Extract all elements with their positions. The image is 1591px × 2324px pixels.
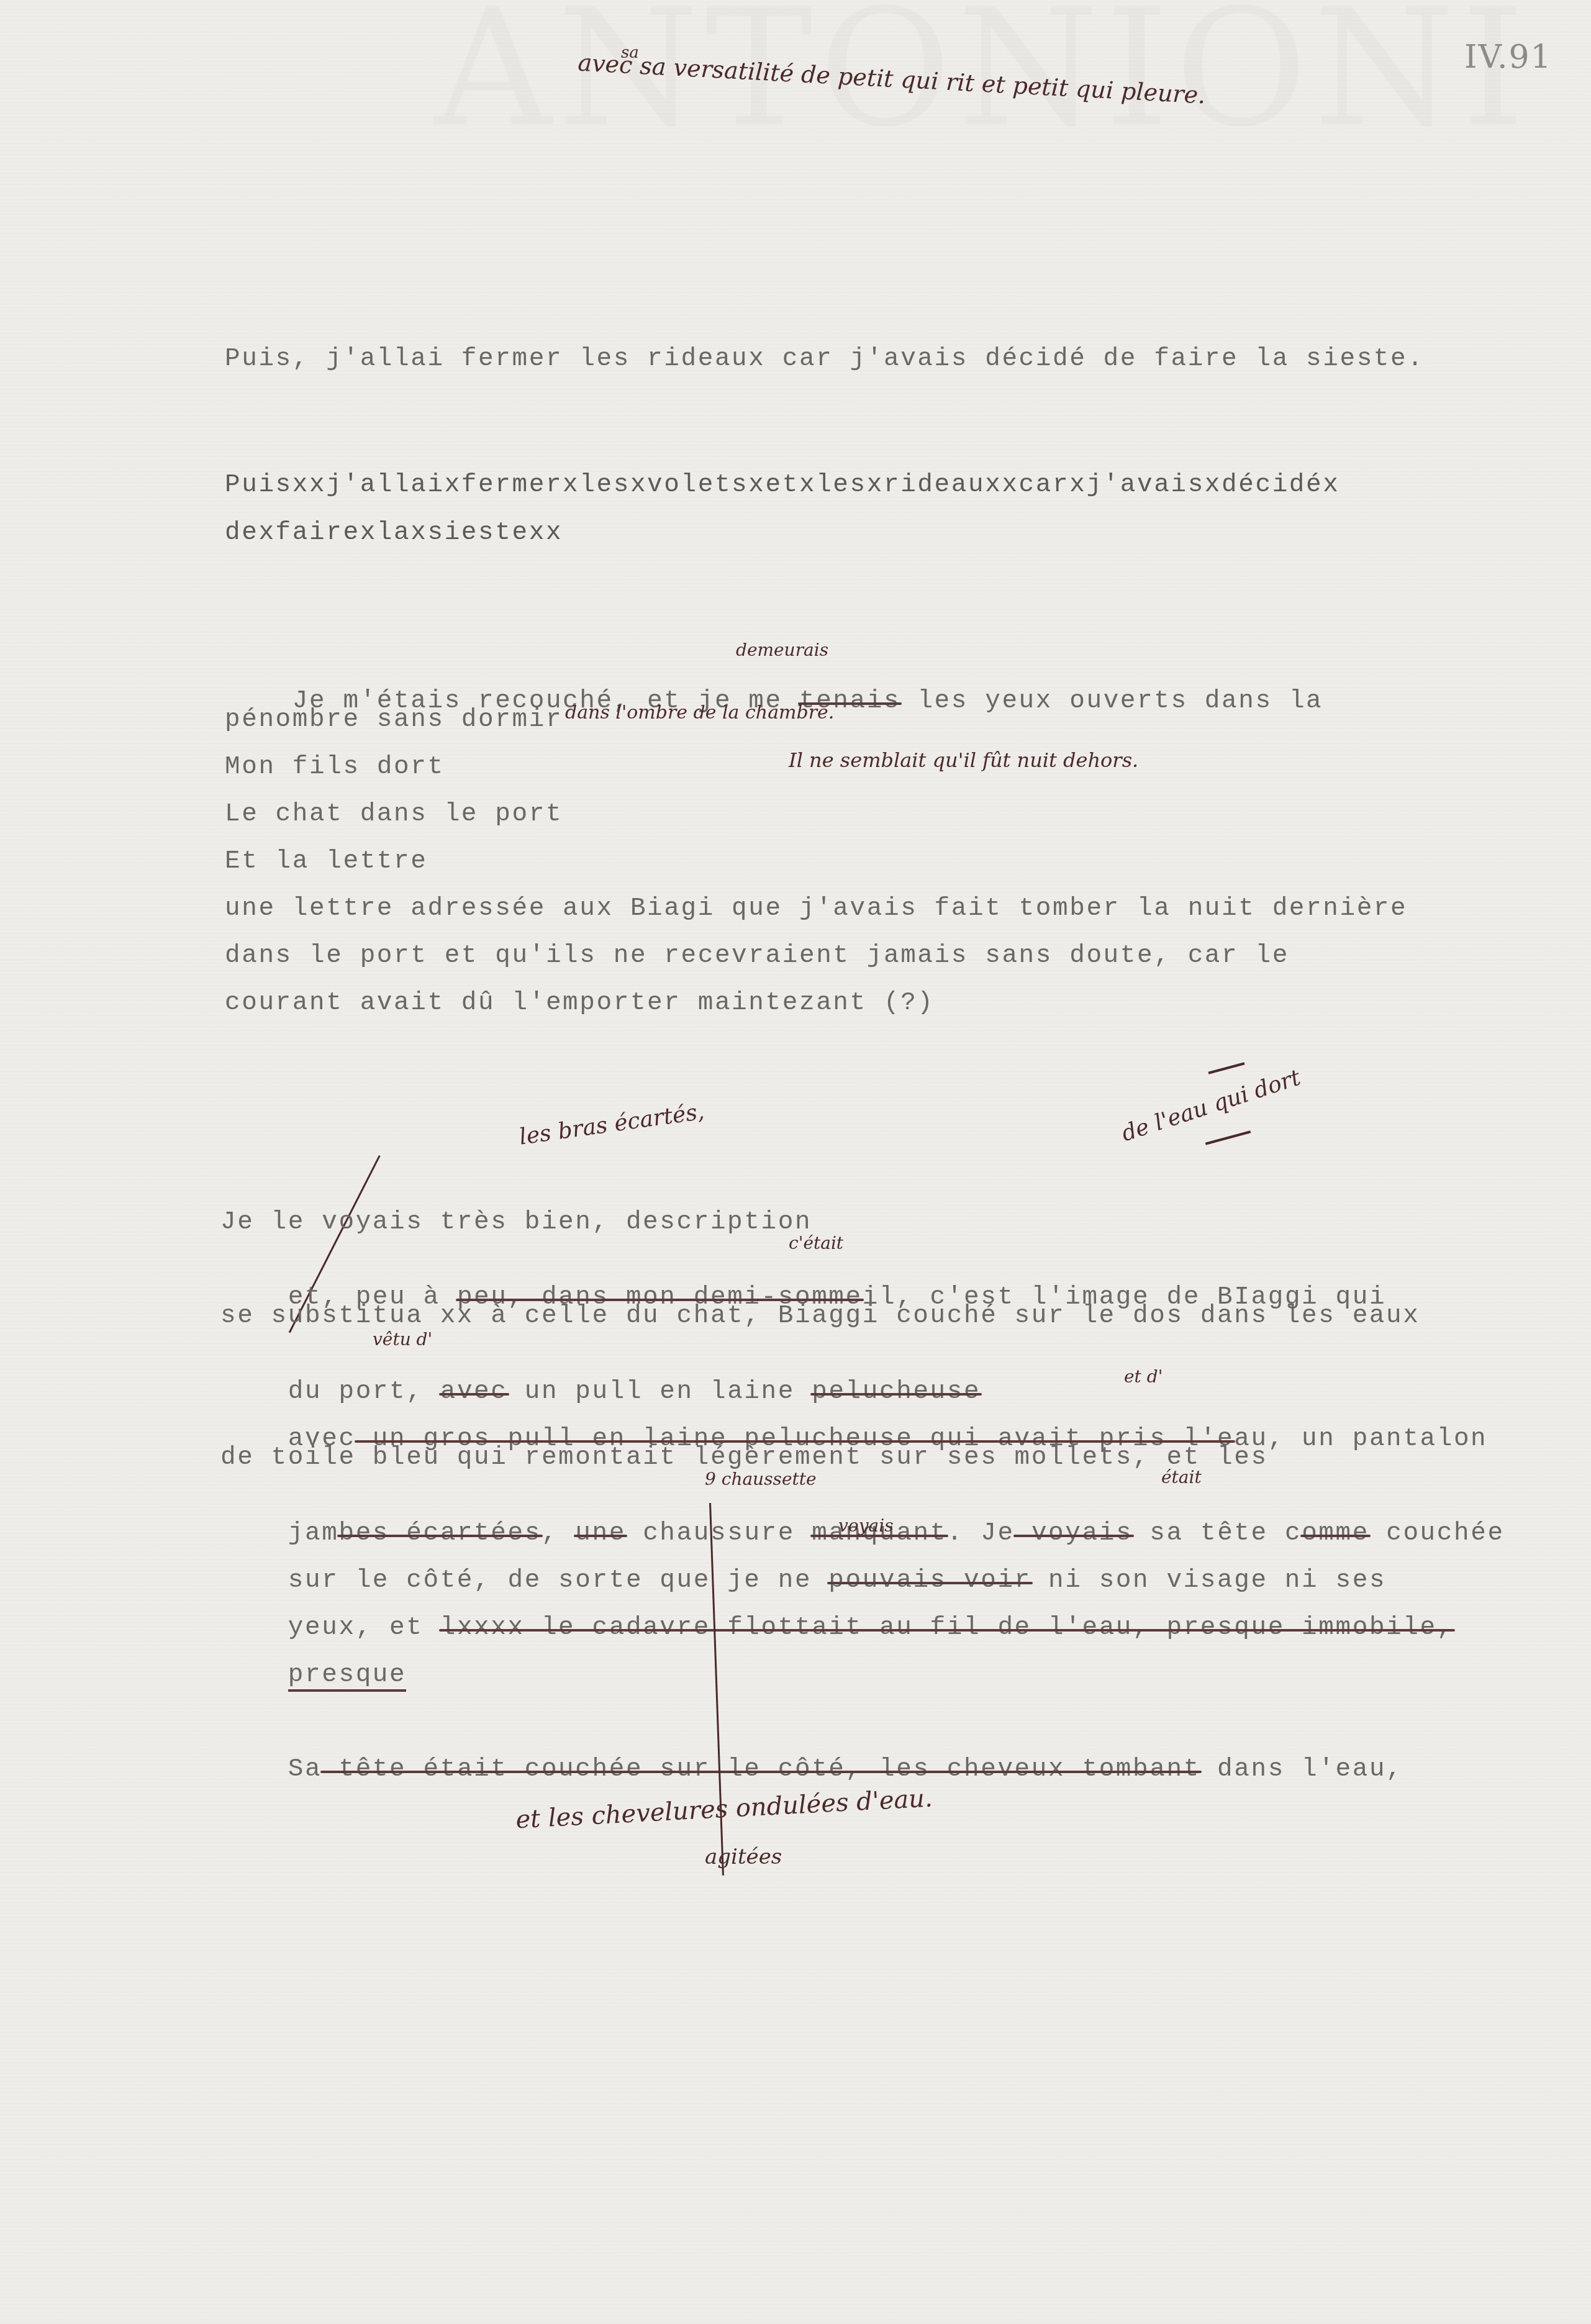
para3-line-10: presque [220, 1632, 406, 1718]
para2-line-3: Mon fils dort [225, 753, 445, 781]
para2-line-2: pénombre sans dormir [225, 706, 563, 734]
margin-note-eau-qui-dort: de l'eau qui dort [1118, 1065, 1303, 1147]
crossed-out-typed-line-1: Puisxxj'allaixfermerxlesxvoletsxetxlesxr… [225, 471, 1339, 499]
para2-line-5: Et la lettre [225, 847, 427, 876]
para2-line-6: une lettre adressée aux Biagi que j'avai… [225, 894, 1407, 923]
bracket-bottom [1205, 1130, 1251, 1145]
para2-line-7: dans le port et qu'ils ne recevraient ja… [225, 942, 1289, 970]
para2-line-8: courant avait dû l'emporter maintezant (… [225, 989, 935, 1017]
note-nuit-dehors: Il ne semblait qu'il fût nuit dehors. [789, 748, 1138, 772]
insert-vetu: vêtu d' [373, 1329, 432, 1350]
top-note-insert: sa [621, 43, 639, 62]
note-ombre-chambre: dans l'ombre de la chambre. [565, 702, 834, 724]
para3-line-6: de toile bleu qui remontait légèrement s… [220, 1443, 1268, 1472]
manuscript-page: ANTONIONI IV.91 avec sa versatilité de p… [0, 0, 1591, 2324]
typed-line-1: Puis, j'allai fermer les rideaux car j'a… [225, 345, 1424, 373]
insert-demeurais: demeurais [736, 640, 828, 660]
folio-number: IV.91 [1464, 39, 1552, 76]
para3-line-1: Je le voyais très bien, description [220, 1208, 812, 1237]
insert-et-de: et d' [1124, 1366, 1163, 1387]
insert-cetait: c'était [789, 1233, 843, 1253]
insert-etait: était [1161, 1467, 1202, 1487]
para2-line-4: Le chat dans le port [225, 800, 563, 828]
para3-line-3: se substitua xx à celle du chat, Biaggi … [220, 1302, 1420, 1330]
insert-chaussette: 9 chaussette [705, 1469, 817, 1489]
bottom-note-insert: agitées [705, 1845, 782, 1869]
bracket-top [1208, 1062, 1245, 1074]
margin-note-bras-ecartes: les bras écartés, [518, 1099, 706, 1150]
insert-voyais: voyais [838, 1515, 894, 1536]
crossed-out-typed-line-2: dexfairexlaxsiestexx [225, 519, 563, 547]
